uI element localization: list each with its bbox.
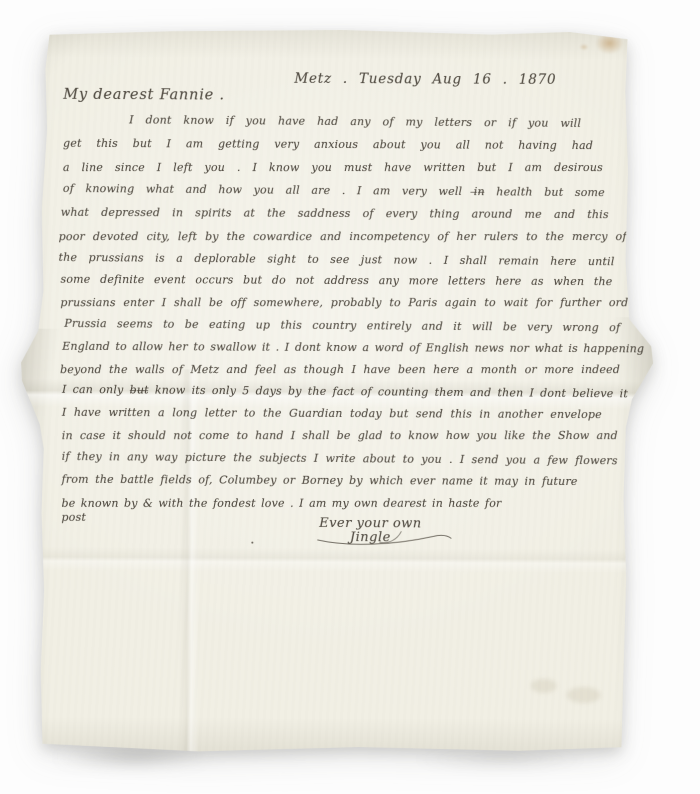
letter-line: of knowing what and how you all are . I … — [63, 182, 605, 200]
letter-line: poor devoted city, left by the cowardice… — [59, 230, 627, 244]
letter-line: from the battle fields of, Columbey or B… — [62, 473, 578, 489]
signature-flourish — [315, 531, 453, 550]
letter-line: the prussians is a deplorable sight to s… — [59, 251, 615, 269]
photo-background: { "photo": { "background_color": "#fdfdf… — [0, 0, 700, 794]
letter-line: if they in any way picture the subjects … — [62, 450, 618, 468]
letter-line: what depressed in spirits at the saddnes… — [61, 206, 609, 222]
letter-line: get this but I am getting very anxious a… — [63, 137, 593, 153]
photo-scene: Metz . Tuesday Aug 16 . 1870 My dearest … — [0, 0, 700, 794]
letter-dateline: Metz . Tuesday Aug 16 . 1870 — [294, 72, 556, 87]
letter-line: I dont know if you have had any of my le… — [129, 113, 581, 131]
letter-line: Prussia seems to be eating up this count… — [64, 317, 620, 335]
letter-paper: Metz . Tuesday Aug 16 . 1870 My dearest … — [18, 29, 655, 756]
letter-line: prussians enter I shall be off somewhere… — [60, 296, 646, 310]
letter-line: a line since I left you . I know you mus… — [63, 161, 603, 175]
paper-wrap: Metz . Tuesday Aug 16 . 1870 My dearest … — [0, 0, 700, 794]
letter-body: I dont know if you have had any of my le… — [22, 29, 656, 32]
letter-content: Metz . Tuesday Aug 16 . 1870 My dearest … — [18, 29, 655, 756]
letter-line: in case it should not come to hand I sha… — [62, 429, 618, 443]
letter-line: some definite event occurs but do not ad… — [60, 273, 612, 289]
letter-line: England to allow her to swallow it . I d… — [62, 340, 644, 357]
letter-line: beyond the walls of Metz and feel as tho… — [60, 363, 620, 377]
letter-line: I can only b̶u̶t̶ know its only 5 days b… — [62, 383, 628, 401]
letter-line: I have written a long letter to the Guar… — [62, 406, 602, 422]
letter-salutation: My dearest Fannie . — [63, 88, 225, 103]
